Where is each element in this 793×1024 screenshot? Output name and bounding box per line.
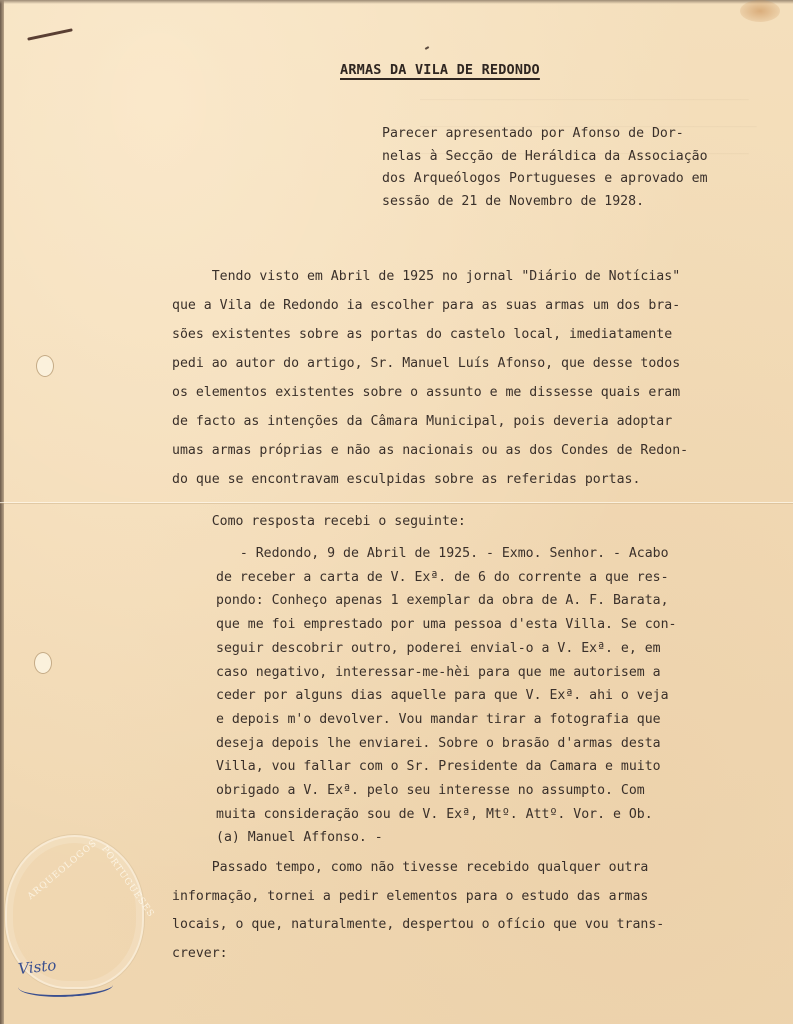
punch-hole-icon (34, 652, 52, 674)
letter-line: caso negativo, interessar-me-hèi para qu… (216, 661, 786, 685)
letter-line: ceder por alguns dias aquelle para que V… (216, 684, 786, 708)
letter-line: seguir descobrir outro, poderei envial-o… (216, 637, 786, 661)
letter-line: deseja depois lhe enviarei. Sobre o bras… (216, 732, 786, 756)
paragraph-1: Tendo visto em Abril de 1925 no jornal "… (172, 262, 782, 494)
letter-line: pondo: Conheço apenas 1 exemplar da obra… (216, 589, 786, 613)
abstract-line: dos Arqueólogos Portugueses e aprovado e… (382, 168, 782, 191)
text-line: pedi ao autor do artigo, Sr. Manuel Luís… (172, 349, 782, 378)
letter-line: que me foi emprestado por uma pessoa d'e… (216, 613, 786, 637)
text-line: Tendo visto em Abril de 1925 no jornal "… (172, 262, 782, 291)
document-page: ________________________________________… (0, 0, 793, 1024)
handwritten-annotation: Visto (18, 955, 113, 997)
letter-line: (a) Manuel Affonso. - (216, 826, 786, 850)
paper-fold-line (0, 502, 793, 503)
letter-line: de receber a carta de V. Exª. de 6 do co… (216, 566, 786, 590)
text-line: Como resposta recebi o seguinte: (172, 510, 782, 534)
text-line: os elementos existentes sobre o assunto … (172, 378, 782, 407)
letter-line: obrigado a V. Exª. pelo seu interesse no… (216, 779, 786, 803)
text-line: locais, o que, naturalmente, despertou o… (172, 911, 782, 940)
abstract-line: sessão de 21 de Novembro de 1928. (382, 191, 782, 214)
text-line: sões existentes sobre as portas do caste… (172, 320, 782, 349)
letter-line: e depois m'o devolver. Vou mandar tirar … (216, 708, 786, 732)
page-left-edge (0, 0, 4, 1024)
paragraph-2: Como resposta recebi o seguinte: (172, 510, 782, 534)
paper-stain (740, 0, 780, 22)
page-top-edge (0, 0, 793, 4)
seal-text-right: PORTUGUESES (99, 844, 156, 919)
letter-line: muita consideração sou de V. Exª, Mtº. A… (216, 803, 786, 827)
letter-line: - Redondo, 9 de Abril de 1925. - Exmo. S… (216, 542, 786, 566)
document-title: ARMAS DA VILA DE REDONDO (340, 62, 540, 78)
text-line: crever: (172, 940, 782, 969)
letter-line: Villa, vou fallar com o Sr. Presidente d… (216, 755, 786, 779)
text-line: Passado tempo, como não tivesse recebido… (172, 854, 782, 883)
paragraph-3: Passado tempo, como não tivesse recebido… (172, 854, 782, 968)
abstract-line: Parecer apresentado por Afonso de Dor- (382, 123, 782, 146)
text-line: do que se encontravam esculpidas sobre a… (172, 465, 782, 494)
pencil-mark (27, 28, 73, 40)
text-line: umas armas próprias e não as nacionais o… (172, 436, 782, 465)
text-line: informação, tornei a pedir elementos par… (172, 883, 782, 912)
abstract-line: nelas à Secção de Heráldica da Associaçã… (382, 146, 782, 169)
seal-text-left: ARQUEOLOGOS (26, 838, 99, 902)
text-line: de facto as intenções da Câmara Municipa… (172, 407, 782, 436)
quoted-letter: - Redondo, 9 de Abril de 1925. - Exmo. S… (216, 542, 786, 850)
text-line: que a Vila de Redondo ia escolher para a… (172, 291, 782, 320)
punch-hole-icon (36, 355, 54, 377)
pen-tick-mark (425, 46, 429, 50)
document-abstract: Parecer apresentado por Afonso de Dor- n… (382, 123, 782, 213)
